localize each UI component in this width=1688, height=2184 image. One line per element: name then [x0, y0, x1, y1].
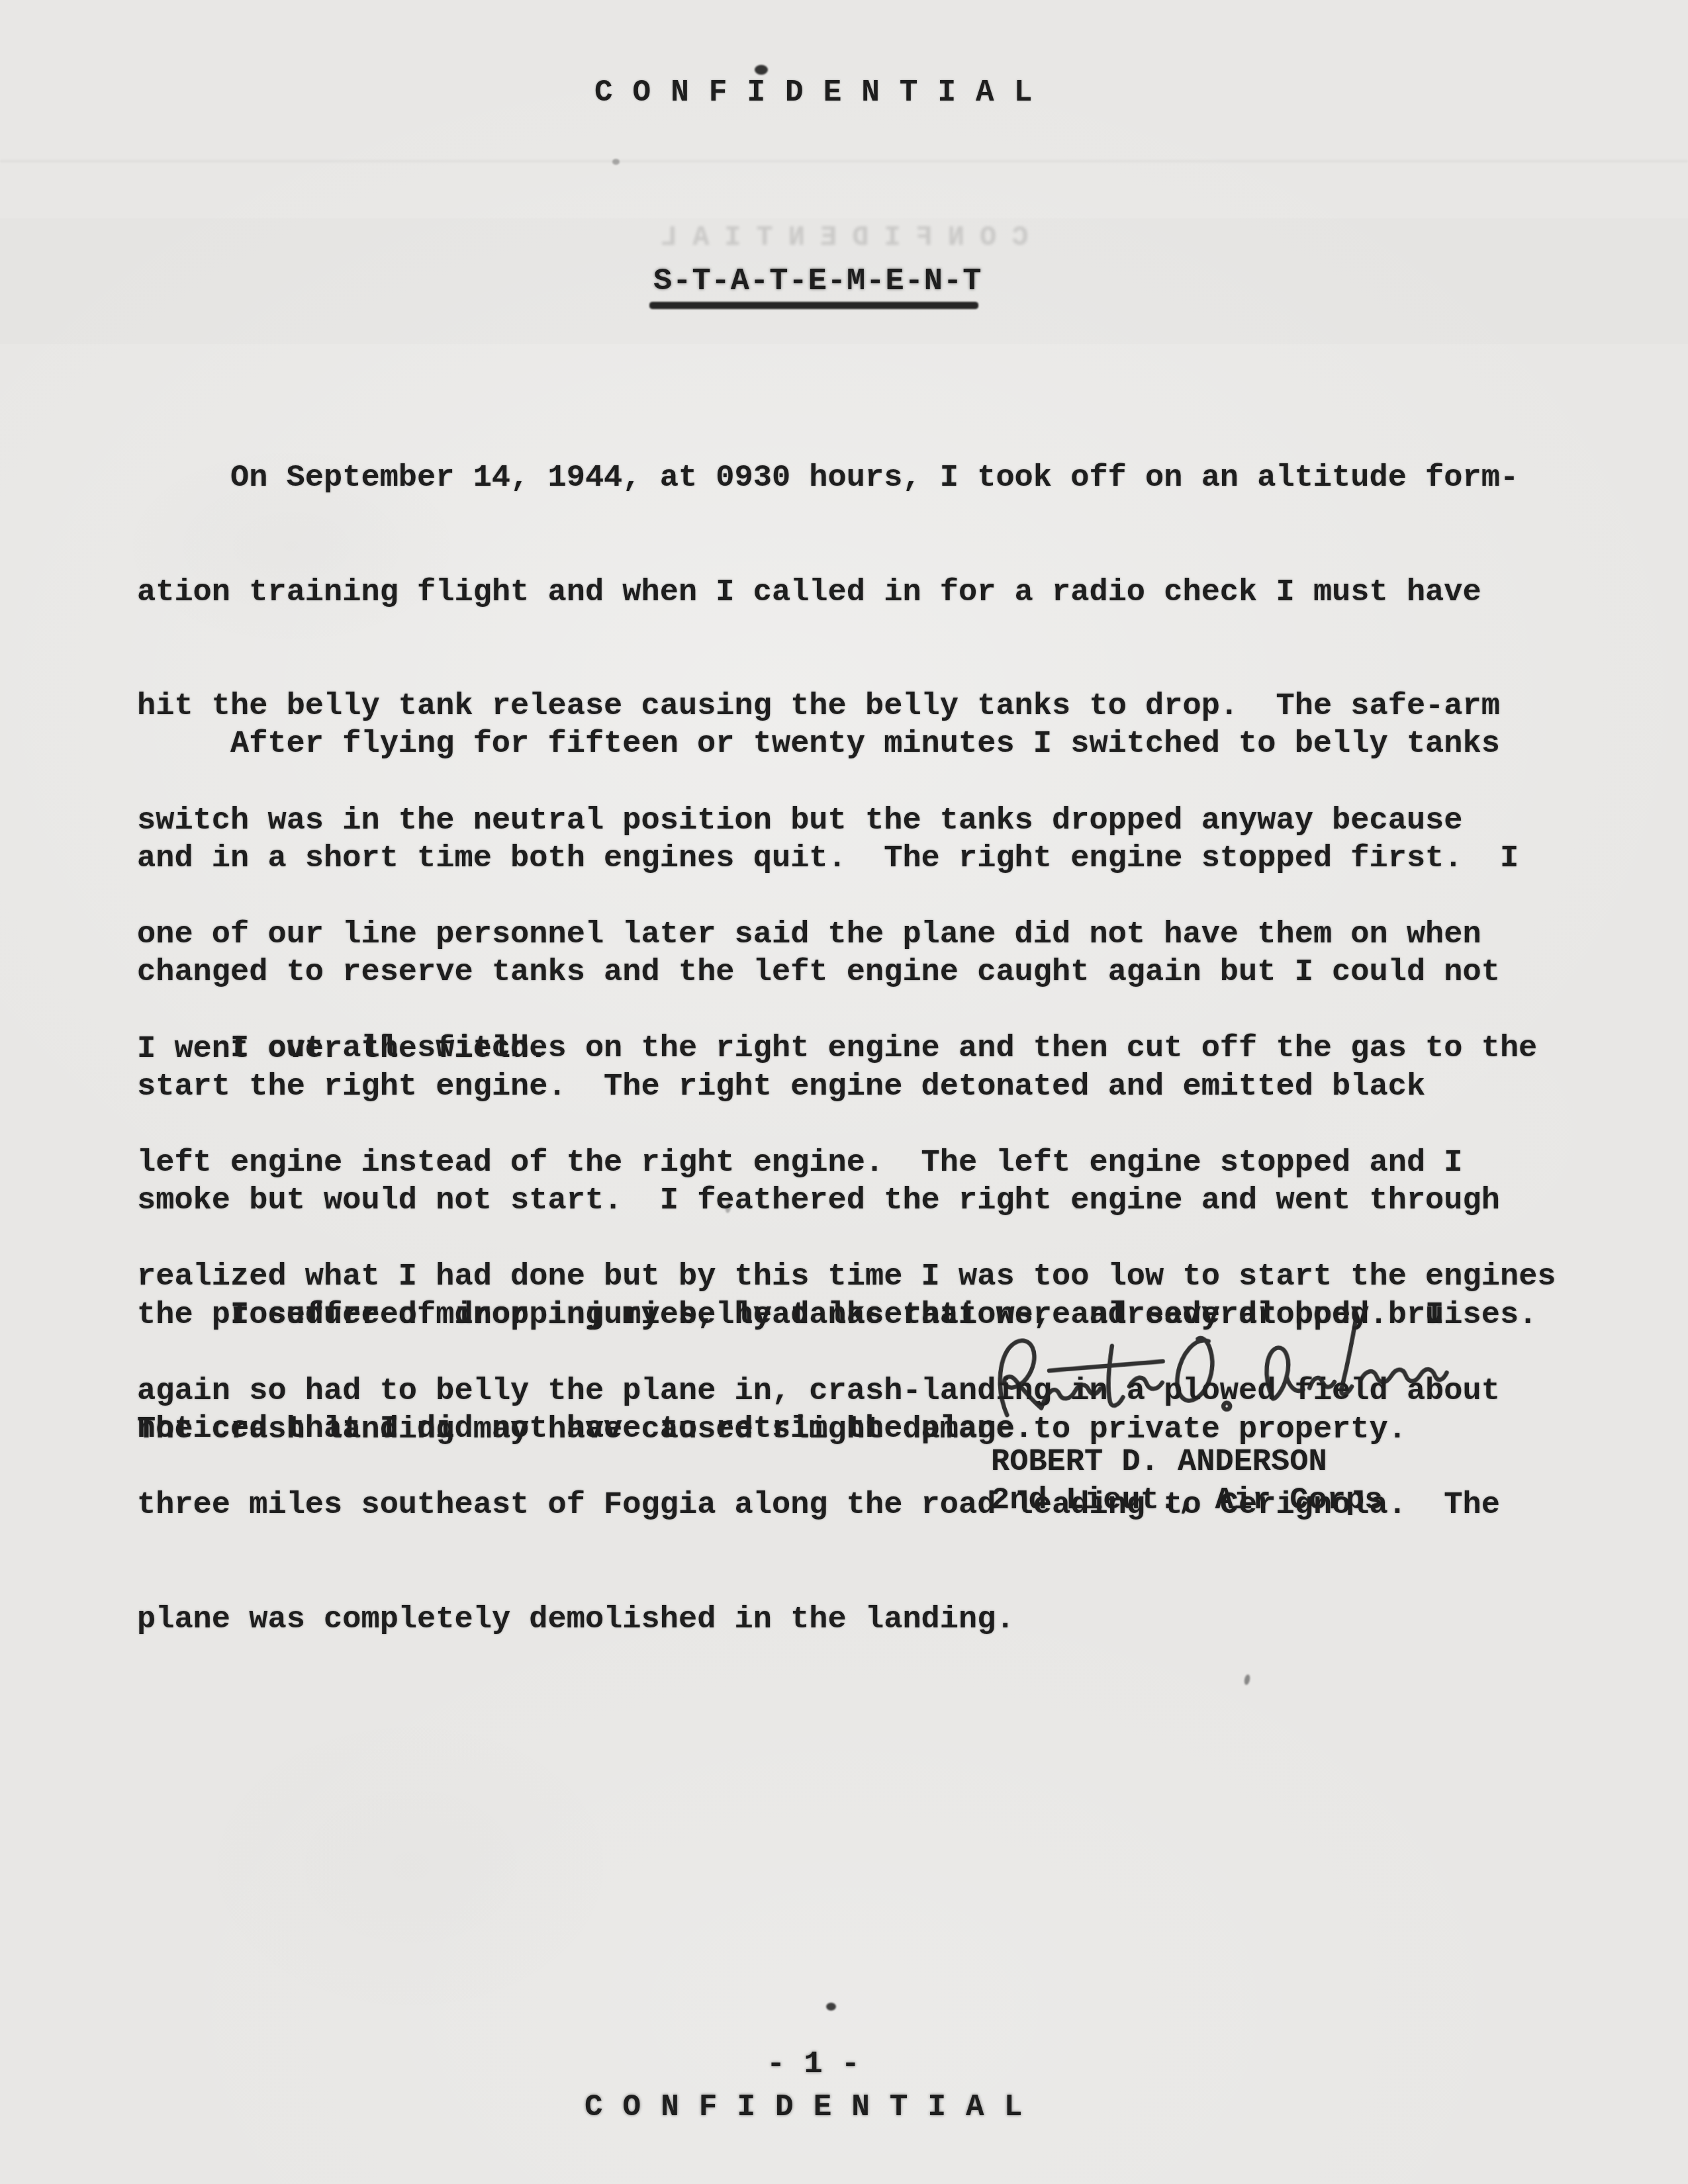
text-line: I cut all switches on the right engine a… — [137, 1030, 1613, 1068]
paper-blotch — [172, 1694, 649, 2038]
document-page: CONFIDENTIAL CONFIDENTIAL S-T-A-T-E-M-E-… — [0, 0, 1688, 2184]
text-line: and in a short time both engines quit. T… — [137, 840, 1613, 878]
classification-header: CONFIDENTIAL — [594, 77, 1052, 108]
title-underline — [649, 302, 978, 309]
text-line: After flying for fifteen or twenty minut… — [137, 725, 1613, 764]
text-line: plane was completely demolished in the l… — [137, 1601, 1613, 1639]
bleedthrough-ghost-text: CONFIDENTIAL — [645, 224, 1028, 251]
classification-footer: CONFIDENTIAL — [585, 2092, 1042, 2122]
ink-speck — [826, 2003, 836, 2011]
signature-rank-typed: 2nd Lieut., Air Corps — [991, 1485, 1383, 1516]
statement-title: S-T-A-T-E-M-E-N-T — [653, 266, 982, 297]
signature-name-typed: ROBERT D. ANDERSON — [991, 1447, 1327, 1478]
page-number: - 1 - — [767, 2049, 860, 2080]
text-line: left engine instead of the right engine.… — [137, 1144, 1613, 1183]
handwritten-signature — [981, 1297, 1458, 1436]
text-line: ation training flight and when I called … — [137, 574, 1613, 612]
ink-speck — [755, 65, 768, 75]
text-line: On September 14, 1944, at 0930 hours, I … — [137, 459, 1613, 498]
scan-artifact-line — [0, 160, 1688, 162]
ink-speck — [612, 159, 620, 165]
